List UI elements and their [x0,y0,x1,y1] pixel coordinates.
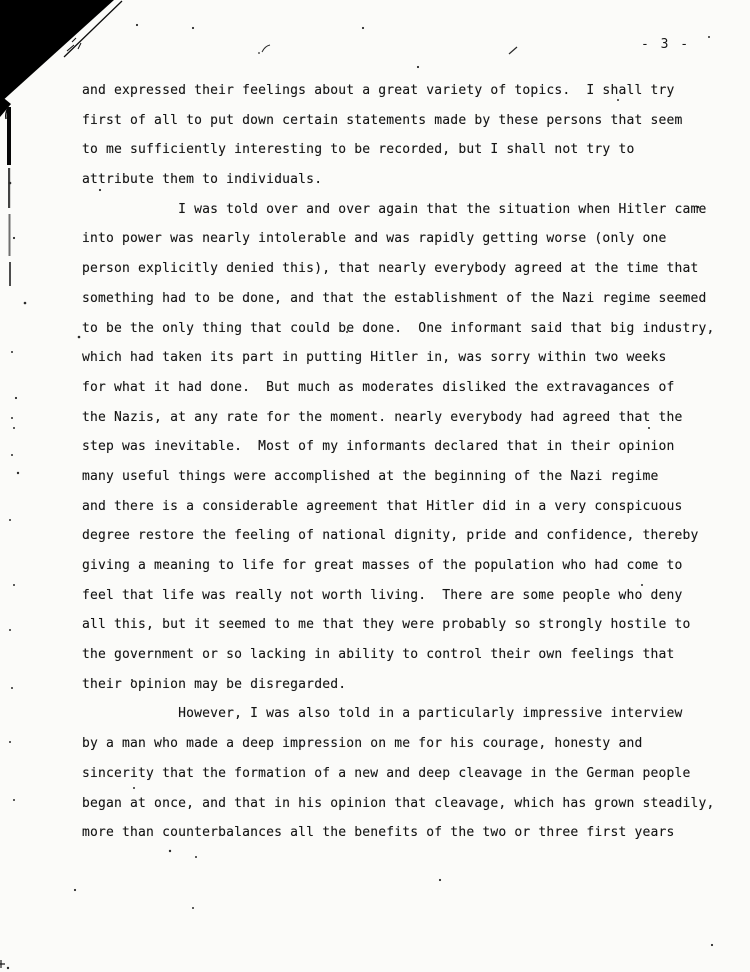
document-page: - 3 - and expressed their feelings about… [0,0,750,972]
text-line: into power was nearly intolerable and wa… [82,224,722,254]
text-line: which had taken its part in putting Hitl… [82,343,722,373]
text-line: to be the only thing that could be done.… [82,314,722,344]
text-line: something had to be done, and that the e… [82,284,722,314]
text-line: by a man who made a deep impression on m… [82,729,722,759]
text-line: step was inevitable. Most of my informan… [82,432,722,462]
text-block: and expressed their feelings about a gre… [82,76,722,848]
text-line: the government or so lacking in ability … [82,640,722,670]
text-line: their opinion may be disregarded. [82,670,722,700]
text-line: attribute them to individuals. [82,165,722,195]
text-line: and there is a considerable agreement th… [82,492,722,522]
page-number: - 3 - [641,37,690,52]
text-line: the Nazis, at any rate for the moment. n… [82,403,722,433]
text-line: first of all to put down certain stateme… [82,106,722,136]
text-line: to me sufficiently interesting to be rec… [82,135,722,165]
text-line: many useful things were accomplished at … [82,462,722,492]
text-line: person explicitly denied this), that nea… [82,254,722,284]
text-line: However, I was also told in a particular… [82,699,722,729]
text-line: I was told over and over again that the … [82,195,722,225]
text-line: sincerity that the formation of a new an… [82,759,722,789]
text-line: for what it had done. But much as modera… [82,373,722,403]
text-line: degree restore the feeling of national d… [82,521,722,551]
text-line: and expressed their feelings about a gre… [82,76,722,106]
text-line: all this, but it seemed to me that they … [82,610,722,640]
text-line: giving a meaning to life for great masse… [82,551,722,581]
text-line: feel that life was really not worth livi… [82,581,722,611]
text-line: began at once, and that in his opinion t… [82,789,722,819]
text-line: more than counterbalances all the benefi… [82,818,722,848]
